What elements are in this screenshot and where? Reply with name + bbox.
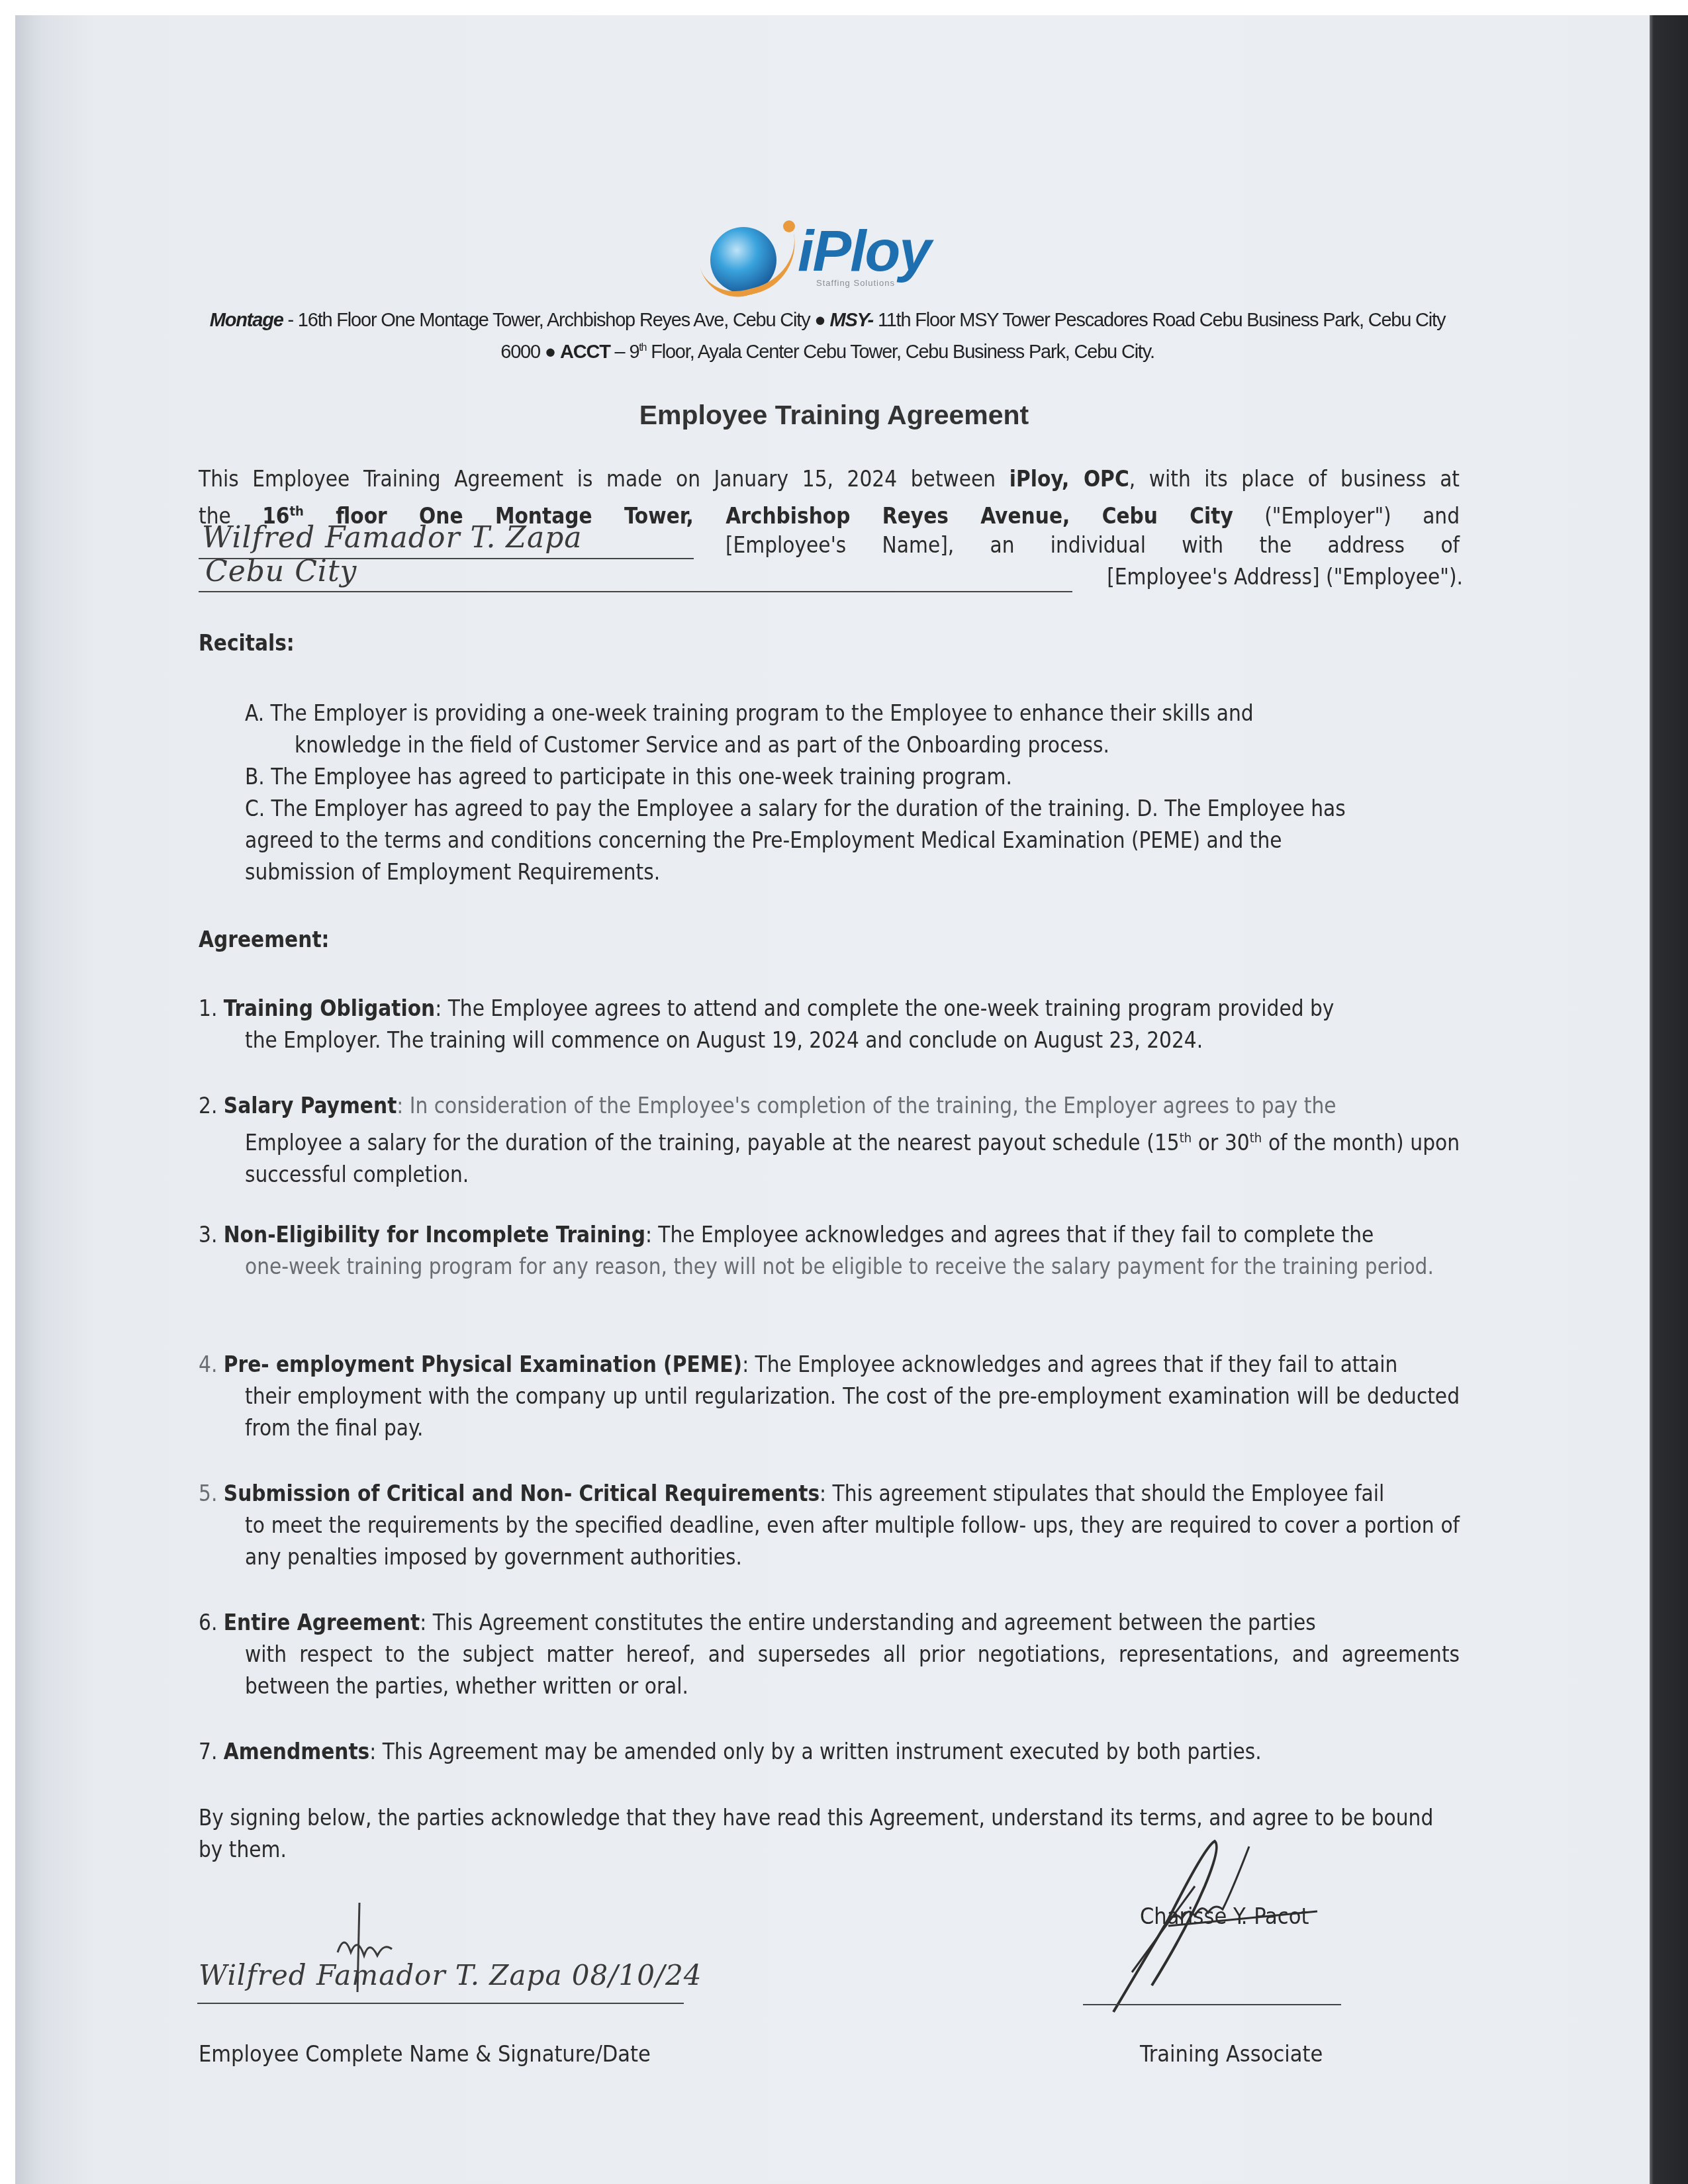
employee-address-field-line[interactable] xyxy=(199,591,1072,592)
logo-tagline: Staffing Solutions xyxy=(816,278,895,288)
employee-address-handwritten: Cebu City xyxy=(205,555,357,588)
clause-7: 7. Amendments: This Agreement may be ame… xyxy=(199,1736,1460,1768)
msy-label: MSY- xyxy=(829,310,873,331)
clause-4: 4. Pre- employment Physical Examination … xyxy=(199,1349,1460,1444)
montage-label: Montage xyxy=(210,310,283,331)
bullet: ● xyxy=(814,310,825,331)
recital-b: B. The Employee has agreed to participat… xyxy=(245,761,1443,793)
recitals-heading: Recitals: xyxy=(199,630,295,656)
acct-label: ACCT xyxy=(560,341,610,363)
montage-address: - 16th Floor One Montage Tower, Archbish… xyxy=(283,310,815,331)
logo-wordmark: iPloy xyxy=(798,222,930,280)
clause-6: 6. Entire Agreement: This Agreement cons… xyxy=(199,1607,1460,1702)
bullet: ● xyxy=(545,341,555,363)
clause-3: 3. Non-Eligibility for Incomplete Traini… xyxy=(199,1219,1460,1283)
recital-c: C. The Employer has agreed to pay the Em… xyxy=(245,793,1443,825)
document: iPloy Staffing Solutions Montage - 16th … xyxy=(0,0,1688,2184)
employee-address-label: [Employee's Address] ("Employee"). xyxy=(1072,561,1463,593)
recital-a: A. The Employer is providing a one-week … xyxy=(245,698,1443,729)
recital-a-cont: knowledge in the field of Customer Servi… xyxy=(245,729,1443,761)
clause-2: 2. Salary Payment: In consideration of t… xyxy=(199,1090,1460,1191)
employee-signature-line[interactable] xyxy=(197,2003,684,2004)
recitals-list: A. The Employer is providing a one-week … xyxy=(245,698,1443,888)
associate-signature-icon xyxy=(1105,1833,1357,2032)
agreement-heading: Agreement: xyxy=(199,927,329,952)
employee-name-handwritten: Wilfred Famador T. Zapa xyxy=(202,521,583,555)
logo-dot-icon xyxy=(783,220,795,232)
clause-1: 1. Training Obligation: The Employee agr… xyxy=(199,993,1460,1056)
acct-address-rest: Floor, Ayala Center Cebu Tower, Cebu Bus… xyxy=(646,341,1154,363)
associate-signature-line[interactable] xyxy=(1083,2004,1341,2005)
employee-name-label: [Employee's Name], an individual with th… xyxy=(726,529,1460,561)
employer-name: iPloy, OPC xyxy=(1009,466,1129,492)
swoosh-logo-icon xyxy=(697,230,806,305)
associate-signature-label: Training Associate xyxy=(1140,2041,1323,2068)
recital-c-cont-1: agreed to the terms and conditions conce… xyxy=(245,825,1443,856)
recital-c-cont-2: submission of Employment Requirements. xyxy=(245,856,1443,888)
page-title: Employee Training Agreement xyxy=(199,400,1470,431)
employee-signature-handwritten: Wilfred Famador T. Zapa 08/10/24 xyxy=(199,1959,702,1991)
employee-initials-scribble-icon xyxy=(305,1899,410,1999)
office-addresses: Montage - 16th Floor One Montage Tower, … xyxy=(199,306,1456,366)
employee-signature-label: Employee Complete Name & Signature/Date xyxy=(199,2041,651,2068)
intro-line-1: This Employee Training Agreement is made… xyxy=(199,463,1460,495)
ordinal-suffix: th xyxy=(639,342,646,353)
clause-5: 5. Submission of Critical and Non- Criti… xyxy=(199,1478,1460,1573)
acct-address: – 9 xyxy=(610,341,639,363)
company-logo: iPloy Staffing Solutions xyxy=(705,202,970,288)
